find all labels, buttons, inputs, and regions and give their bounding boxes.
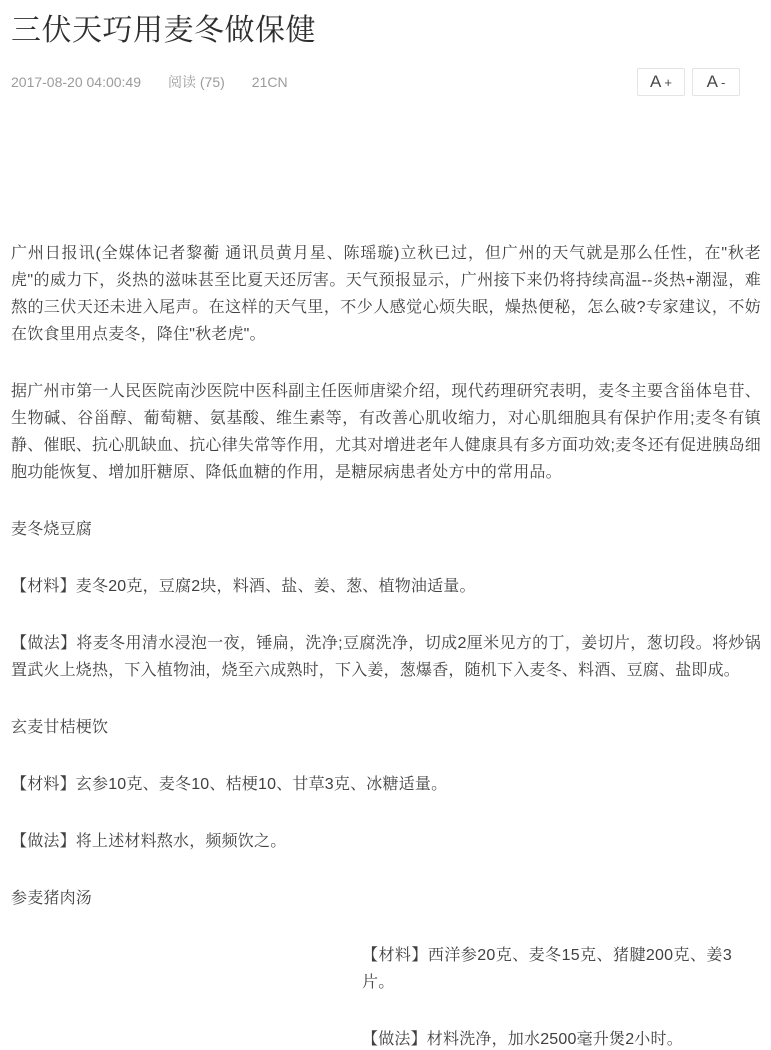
article-meta: 2017-08-20 04:00:49 阅读 (75) 21CN bbox=[11, 72, 315, 92]
font-size-controls: A + A - bbox=[637, 68, 740, 96]
font-increase-letter: A bbox=[650, 72, 661, 92]
recipe-2-heading: 玄麦甘桔梗饮 bbox=[11, 714, 761, 741]
article-meta-row: 2017-08-20 04:00:49 阅读 (75) 21CN A + A - bbox=[11, 68, 761, 96]
recipe-3-method: 【做法】材料洗净，加水2500毫升煲2小时。 bbox=[362, 1026, 732, 1050]
recipe-2-materials: 【材料】玄参10克、麦冬10、桔梗10、甘草3克、冰糖适量。 bbox=[11, 771, 761, 798]
expert-paragraph: 据广州市第一人民医院南沙医院中医科副主任医师唐梁介绍，现代药理研究表明，麦冬主要… bbox=[11, 378, 761, 486]
minus-icon: - bbox=[721, 75, 725, 90]
intro-paragraph: 广州日报讯(全媒体记者黎蘅 通讯员黄月星、陈瑶璇)立秋已过，但广州的天气就是那么… bbox=[11, 240, 761, 348]
recipe-3-materials: 【材料】西洋参20克、麦冬15克、猪腱200克、姜3片。 bbox=[362, 942, 732, 996]
font-decrease-letter: A bbox=[707, 72, 718, 92]
recipe-3-heading: 参麦猪肉汤 bbox=[11, 885, 761, 912]
publish-timestamp: 2017-08-20 04:00:49 bbox=[11, 74, 141, 90]
plus-icon: + bbox=[664, 75, 672, 90]
recipe-1-method: 【做法】将麦冬用清水浸泡一夜，锤扁，洗净;豆腐洗净，切成2厘米见方的丁，姜切片，… bbox=[11, 630, 761, 684]
article-page: 三伏天巧用麦冬做保健 2017-08-20 04:00:49 阅读 (75) 2… bbox=[0, 0, 771, 1050]
source-link[interactable]: 21CN bbox=[252, 74, 288, 90]
font-increase-button[interactable]: A + bbox=[637, 68, 685, 96]
recipe-1-heading: 麦冬烧豆腐 bbox=[11, 516, 761, 543]
content-spacer bbox=[11, 96, 761, 210]
read-count: 阅读 (75) bbox=[168, 72, 225, 92]
recipe-1-materials: 【材料】麦冬20克，豆腐2块，料酒、盐、姜、葱、植物油适量。 bbox=[11, 573, 761, 600]
recipe-2-method: 【做法】将上述材料熬水，频频饮之。 bbox=[11, 828, 761, 855]
page-title: 三伏天巧用麦冬做保健 bbox=[11, 13, 761, 49]
font-decrease-button[interactable]: A - bbox=[692, 68, 740, 96]
